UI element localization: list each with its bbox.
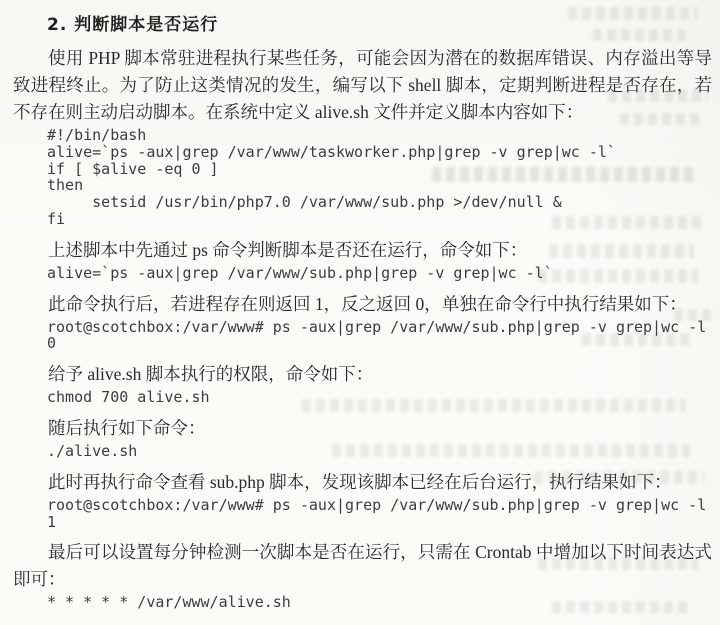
code-line: setsid /usr/bin/php7.0 /var/www/sub.php …: [47, 194, 712, 211]
terminal-output-result-0: root@scotchbox:/var/www# ps -aux|grep /v…: [47, 319, 712, 353]
code-line: 1: [47, 514, 712, 531]
terminal-output-result-1: root@scotchbox:/var/www# ps -aux|grep /v…: [47, 497, 712, 531]
code-line: root@scotchbox:/var/www# ps -aux|grep /v…: [47, 497, 712, 514]
code-block-crontab-expression: * * * * * /var/www/alive.sh: [47, 594, 712, 611]
code-block-run-alive: ./alive.sh: [47, 443, 712, 460]
paragraph-intro: 使用 PHP 脚本常驻进程执行某些任务，可能会因为潜在的数据库错误、内存溢出等导…: [13, 45, 712, 126]
code-line: * * * * * /var/www/alive.sh: [47, 594, 712, 611]
code-line: ./alive.sh: [47, 443, 712, 460]
section-heading: 2. 判断脚本是否运行: [47, 14, 712, 36]
code-line: alive=`ps -aux|grep /var/www/sub.php|gre…: [47, 265, 712, 282]
code-line: then: [47, 177, 712, 194]
page-content: 2. 判断脚本是否运行 使用 PHP 脚本常驻进程执行某些任务，可能会因为潜在的…: [13, 0, 712, 612]
code-block-chmod: chmod 700 alive.sh: [47, 389, 712, 406]
code-line: if [ $alive -eq 0 ]: [47, 161, 712, 178]
code-line: chmod 700 alive.sh: [47, 389, 712, 406]
code-line: alive=`ps -aux|grep /var/www/taskworker.…: [47, 144, 712, 161]
scanned-document-page: 2. 判断脚本是否运行 使用 PHP 脚本常驻进程执行某些任务，可能会因为潜在的…: [0, 0, 720, 625]
paragraph-crontab: 最后可以设置每分钟检测一次脚本是否在运行，只需在 Crontab 中增加以下时间…: [13, 539, 712, 593]
paragraph-run-command: 随后执行如下命令：: [13, 415, 712, 442]
paragraph-check-sub-php: 此时再执行命令查看 sub.php 脚本，发现该脚本已经在后台运行，执行结果如下…: [13, 469, 712, 496]
code-block-alive-sh-script: #!/bin/bash alive=`ps -aux|grep /var/www…: [47, 127, 712, 228]
code-line: fi: [47, 211, 712, 228]
code-line: #!/bin/bash: [47, 127, 712, 144]
paragraph-ps-check: 上述脚本中先通过 ps 命令判断脚本是否还在运行，命令如下：: [13, 237, 712, 264]
code-line: 0: [47, 335, 712, 352]
code-line: root@scotchbox:/var/www# ps -aux|grep /v…: [47, 319, 712, 336]
paragraph-chmod: 给予 alive.sh 脚本执行的权限，命令如下：: [13, 361, 712, 388]
code-block-alive-command: alive=`ps -aux|grep /var/www/sub.php|gre…: [47, 265, 712, 282]
paragraph-return-values: 此命令执行后，若进程存在则返回 1，反之返回 0，单独在命令行中执行结果如下：: [13, 291, 712, 318]
